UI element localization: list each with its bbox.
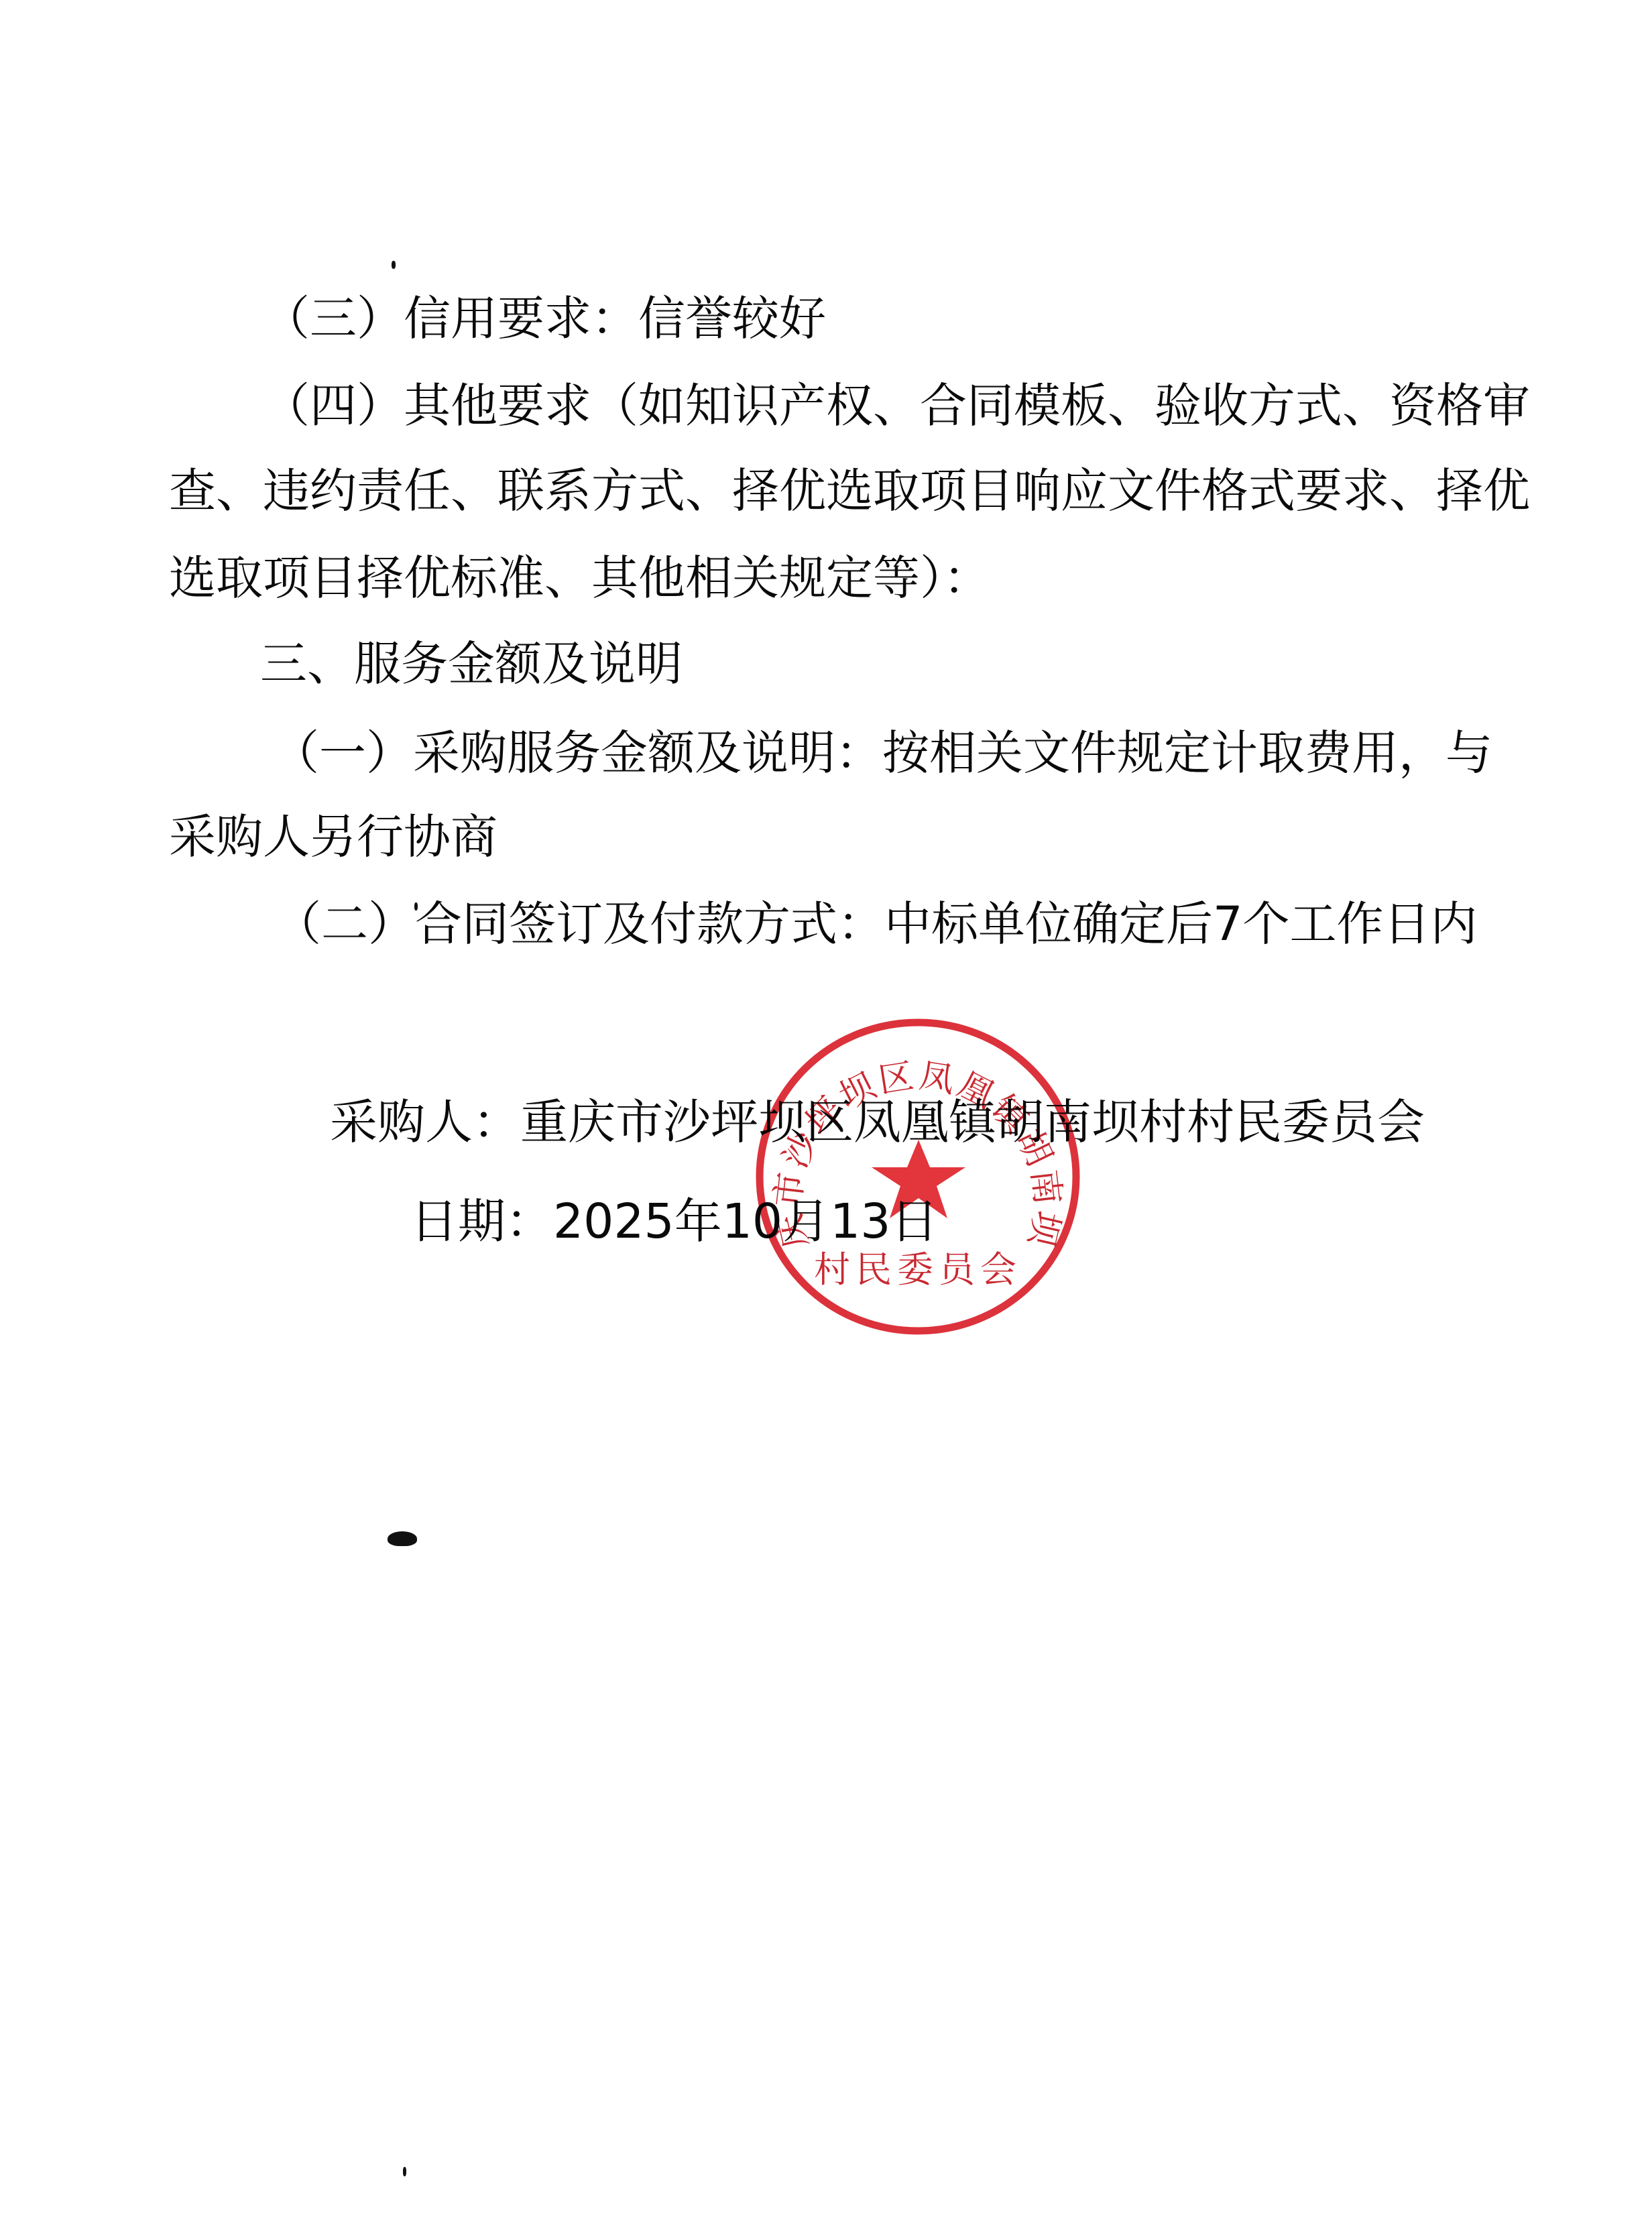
document-page: （三）信用要求：信誉较好 （四）其他要求（如知识产权、合同模板、验收方式、资格审… bbox=[0, 0, 1652, 2234]
stamp-bottom-text: 村民委员会 bbox=[814, 1248, 1022, 1291]
stamp-arc-text: 重庆市沙坪坝区凤凰镇胡南坝村 bbox=[754, 1017, 1068, 1252]
official-seal-stamp: 重庆市沙坪坝区凤凰镇胡南坝村 村民委员会 bbox=[754, 1017, 1081, 1336]
paragraph-other-requirements-line3: 选取项目择优标准、其他相关规定等）： bbox=[169, 548, 990, 608]
paragraph-other-requirements-line2: 查、违约责任、联系方式、择优选取项目响应文件格式要求、择优 bbox=[169, 461, 1530, 521]
scan-speck-bottom bbox=[403, 2167, 406, 2176]
paragraph-credit-requirement: （三）信用要求：信誉较好 bbox=[263, 288, 826, 349]
paragraph-service-amount-line1: （一）采购服务金额及说明：按相关文件规定计取费用，与 bbox=[272, 723, 1492, 783]
paragraph-other-requirements-line1: （四）其他要求（如知识产权、合同模板、验收方式、资格审 bbox=[263, 375, 1530, 436]
paragraph-contract-payment: （二）合同签订及付款方式：中标单位确定后7个工作日内 bbox=[274, 894, 1478, 954]
paragraph-service-amount-line2: 采购人另行协商 bbox=[169, 807, 497, 867]
section-heading-service-amount: 三、服务金额及说明 bbox=[260, 634, 683, 694]
scan-speck-mid bbox=[388, 1531, 417, 1546]
stamp-star-icon bbox=[872, 1140, 965, 1218]
scan-speck-top bbox=[392, 261, 396, 269]
